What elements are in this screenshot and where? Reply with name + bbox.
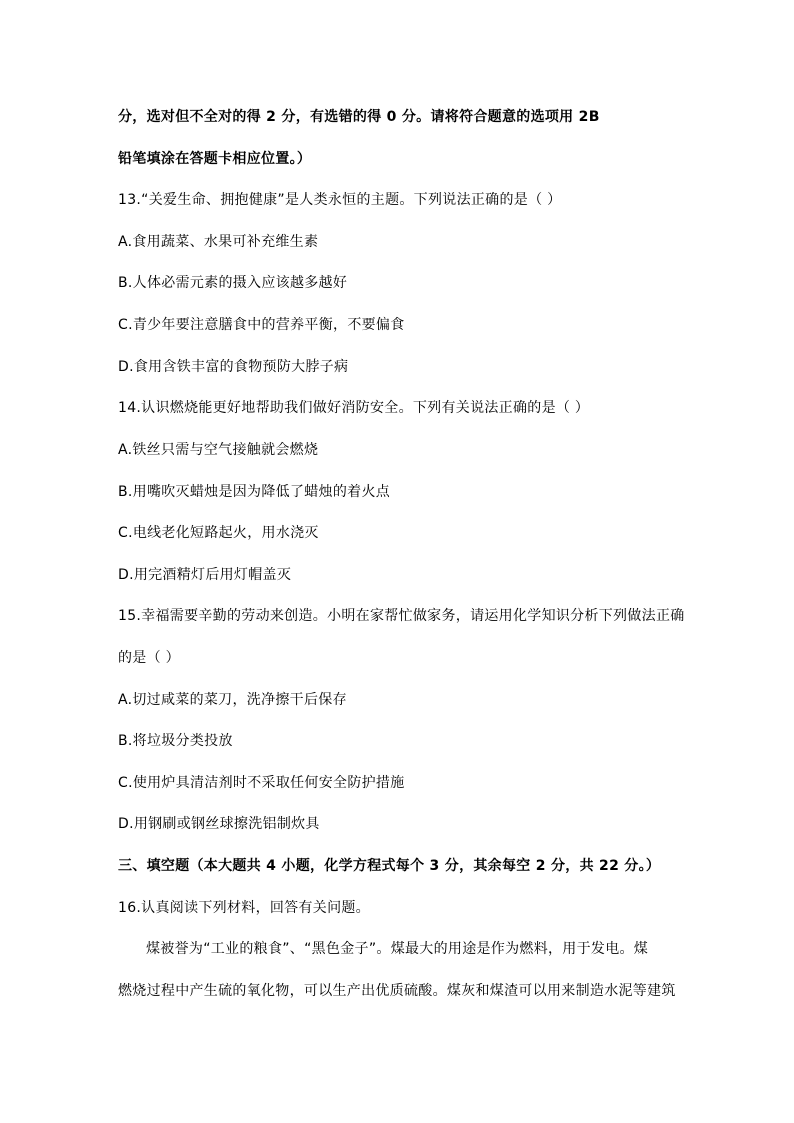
- question-13-option-c: C.青少年要注意膳食中的营养平衡，不要偏食: [118, 315, 678, 335]
- section-3-heading: 三、填空题（本大题共 4 小题，化学方程式每个 3 分，其余每空 2 分，共 2…: [118, 856, 678, 876]
- question-13-option-d: D.食用含铁丰富的食物预防大脖子病: [118, 357, 678, 377]
- question-13-option-b: B.人体必需元素的摄入应该越多越好: [118, 273, 678, 293]
- question-15-option-d: D.用钢刷或钢丝球擦洗铝制炊具: [118, 814, 678, 834]
- question-16-passage-line-1: 煤被誉为“工业的粮食”、“黑色金子”。煤最大的用途是作为燃料，用于发电。煤: [146, 939, 706, 959]
- question-14-option-c: C.电线老化短路起火，用水浇灭: [118, 523, 678, 543]
- question-15-option-c: C.使用炉具清洁剂时不采取任何安全防护措施: [118, 773, 678, 793]
- question-13-stem: 13.“关爱生命、拥抱健康”是人类永恒的主题。下列说法正确的是（ ）: [118, 190, 678, 210]
- question-15-stem-line-2: 的是（ ）: [118, 648, 678, 668]
- question-14-option-d: D.用完酒精灯后用灯帽盖灭: [118, 565, 678, 585]
- instructions-line-1: 分，选对但不全对的得 2 分，有选错的得 0 分。请将符合题意的选项用 2B: [118, 107, 678, 127]
- question-15-stem-line-1: 15.幸福需要辛勤的劳动来创造。小明在家帮忙做家务，请运用化学知识分析下列做法正…: [118, 606, 678, 626]
- document-page: 分，选对但不全对的得 2 分，有选错的得 0 分。请将符合题意的选项用 2B 铅…: [0, 0, 794, 1123]
- question-16-stem: 16.认真阅读下列材料，回答有关问题。: [118, 898, 678, 918]
- question-14-stem: 14.认识燃烧能更好地帮助我们做好消防安全。下列有关说法正确的是（ ）: [118, 398, 678, 418]
- question-13-option-a: A.食用蔬菜、水果可补充维生素: [118, 232, 678, 252]
- question-15-option-a: A.切过咸菜的菜刀，洗净擦干后保存: [118, 690, 678, 710]
- question-16-passage-line-2: 燃烧过程中产生硫的氧化物，可以生产出优质硫酸。煤灰和煤渣可以用来制造水泥等建筑: [118, 981, 678, 1001]
- question-15-option-b: B.将垃圾分类投放: [118, 731, 678, 751]
- question-14-option-a: A.铁丝只需与空气接触就会燃烧: [118, 440, 678, 460]
- question-14-option-b: B.用嘴吹灭蜡烛是因为降低了蜡烛的着火点: [118, 482, 678, 502]
- instructions-line-2: 铅笔填涂在答题卡相应位置。）: [118, 149, 678, 169]
